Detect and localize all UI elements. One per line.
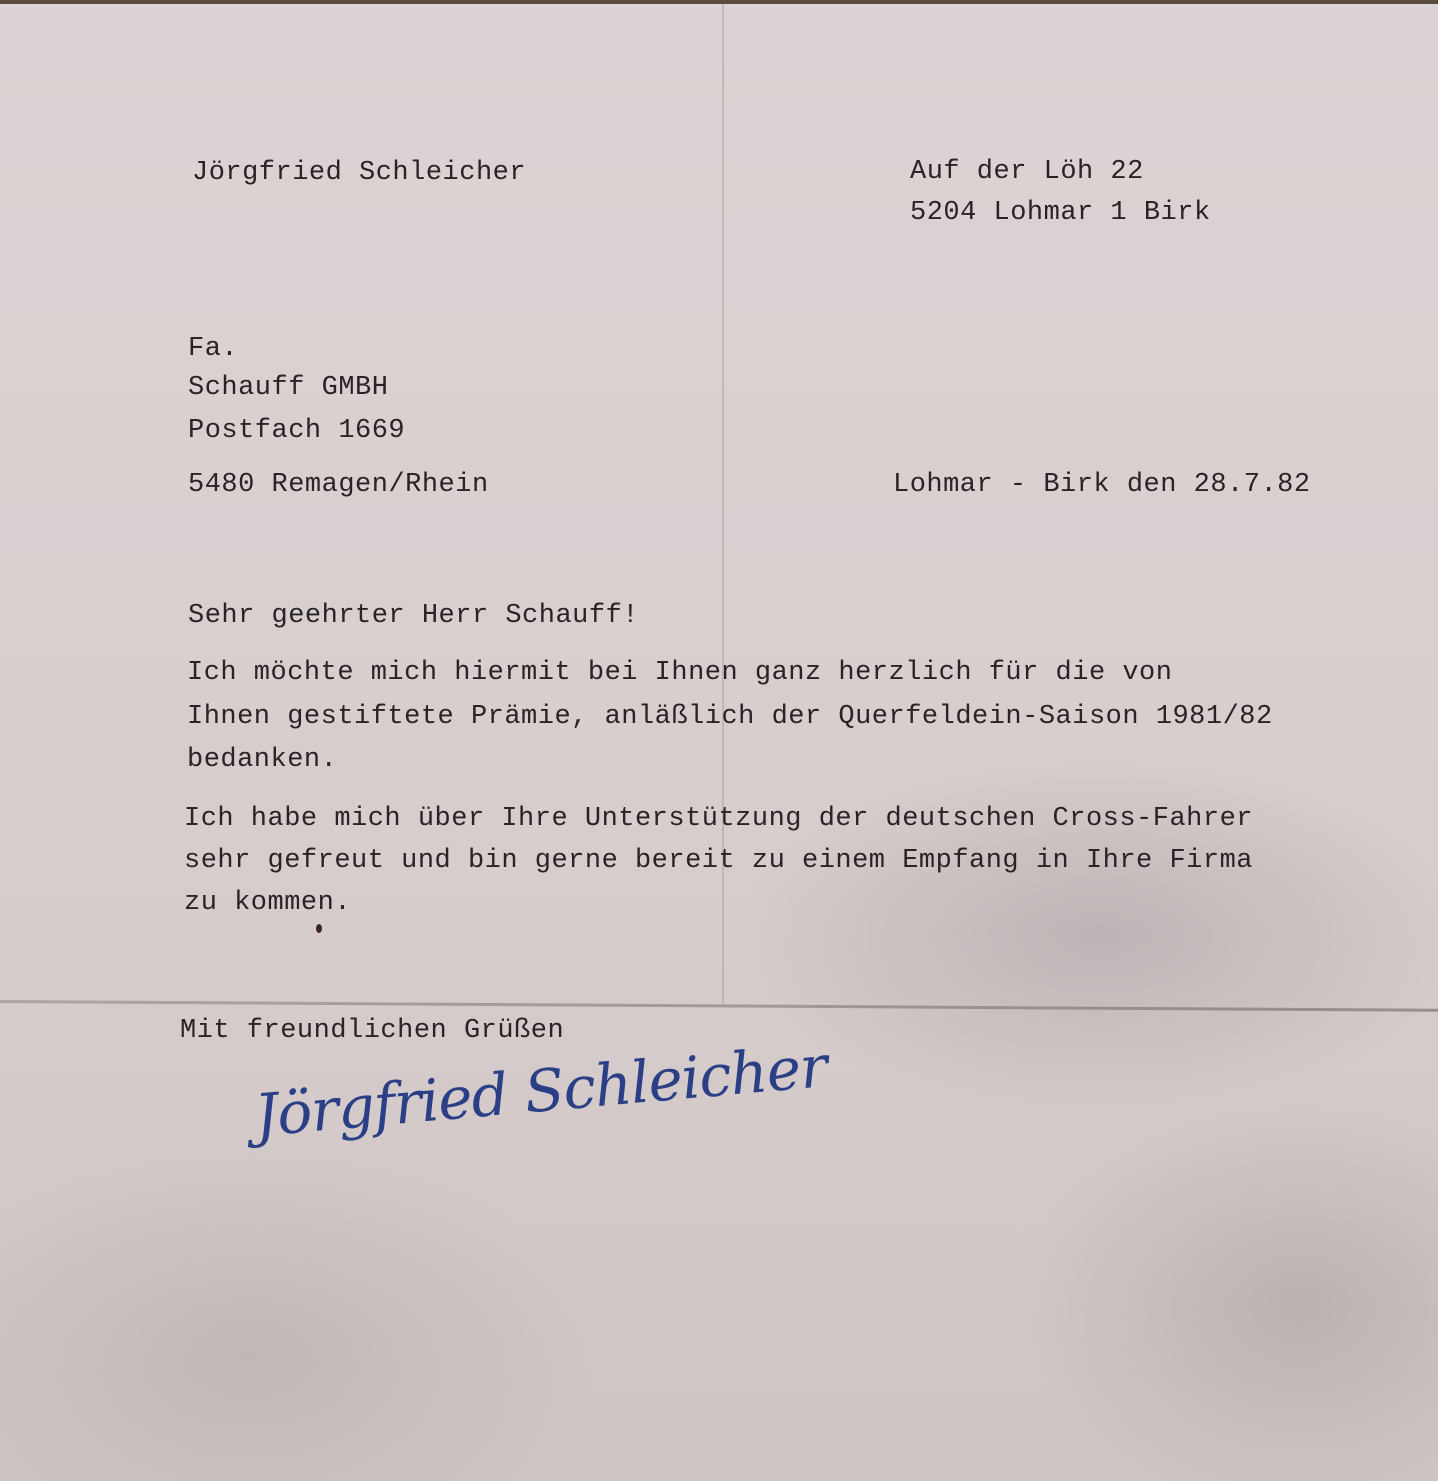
paragraph1-line1: Ich möchte mich hiermit bei Ihnen ganz h… [187, 658, 1172, 688]
horizontal-fold-crease [0, 1000, 1438, 1012]
recipient-company: Schauff GMBH [188, 373, 388, 403]
letter-paper: Jörgfried Schleicher Auf der Löh 22 5204… [0, 4, 1438, 1481]
place-date: Lohmar - Birk den 28.7.82 [893, 470, 1311, 500]
paragraph1-line3: bedanken. [187, 745, 337, 775]
sender-address-line2: 5204 Lohmar 1 Birk [910, 198, 1211, 228]
paragraph2-line2: sehr gefreut und bin gerne bereit zu ein… [184, 846, 1253, 876]
sender-name: Jörgfried Schleicher [192, 158, 526, 188]
paragraph1-line2: Ihnen gestiftete Prämie, anläßlich der Q… [187, 702, 1273, 732]
closing: Mit freundlichen Grüßen [180, 1016, 564, 1046]
recipient-po-box: Postfach 1669 [188, 416, 405, 446]
salutation: Sehr geehrter Herr Schauff! [188, 601, 639, 631]
paragraph2-line3: zu kommen. [184, 888, 351, 918]
paragraph2-line1: Ich habe mich über Ihre Unterstützung de… [184, 804, 1253, 834]
recipient-city: 5480 Remagen/Rhein [188, 470, 489, 500]
recipient-prefix: Fa. [188, 334, 238, 364]
ink-spot [316, 924, 322, 933]
sender-address-line1: Auf der Löh 22 [910, 157, 1144, 187]
handwritten-signature: Jörgfried Schleicher [252, 1032, 829, 1150]
